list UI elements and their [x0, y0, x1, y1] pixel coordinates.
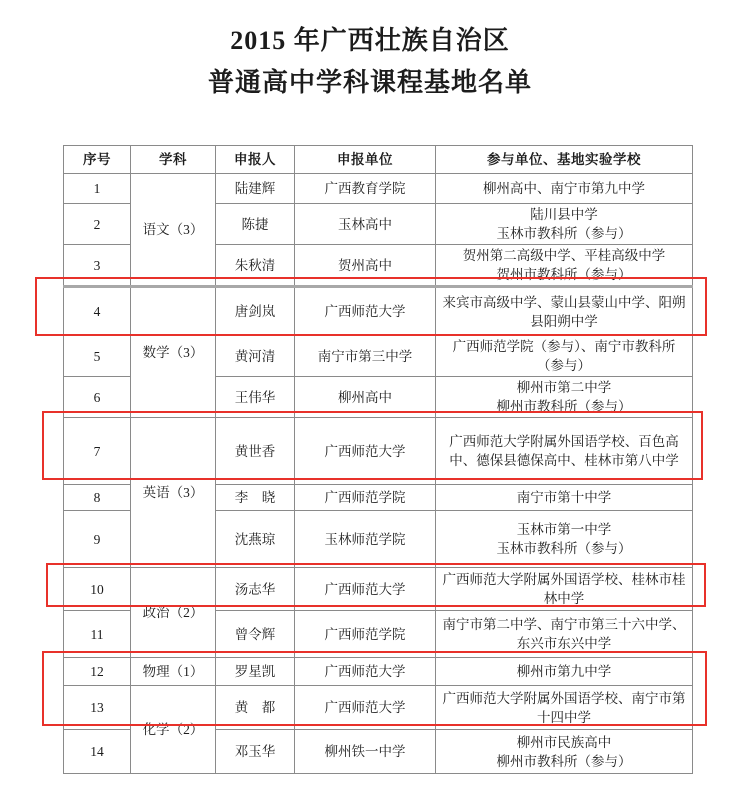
cell-no: 2 [64, 204, 131, 245]
cell-subject: 数学（3） [131, 287, 216, 418]
header-row: 序号 学科 申报人 申报单位 参与单位、基地实验学校 [64, 146, 693, 174]
header-no: 序号 [64, 146, 131, 174]
cell-schools: 广西师范大学附属外国语学校、桂林市桂林中学 [436, 568, 693, 611]
cell-applicant: 罗星凯 [216, 658, 295, 686]
cell-unit: 广西师范大学 [295, 287, 436, 336]
cell-applicant: 陆建辉 [216, 174, 295, 204]
cell-unit: 广西师范学院 [295, 485, 436, 511]
cell-applicant: 朱秋清 [216, 245, 295, 287]
cell-schools: 柳州市第二中学 柳州市教科所（参与） [436, 377, 693, 418]
table-row: 12 物理（1） 罗星凯 广西师范大学 柳州市第九中学 [64, 658, 693, 686]
cell-schools: 南宁市第二中学、南宁市第三十六中学、东兴市东兴中学 [436, 611, 693, 658]
cell-applicant: 邓玉华 [216, 730, 295, 774]
cell-unit: 贺州高中 [295, 245, 436, 287]
table-row: 4 数学（3） 唐剑岚 广西师范大学 来宾市高级中学、蒙山县蒙山中学、阳朔县阳朔… [64, 287, 693, 336]
cell-no: 9 [64, 511, 131, 568]
cell-applicant: 汤志华 [216, 568, 295, 611]
cell-subject: 英语（3） [131, 418, 216, 568]
cell-applicant: 陈捷 [216, 204, 295, 245]
table-row: 7 英语（3） 黄世香 广西师范大学 广西师范大学附属外国语学校、百色高中、德保… [64, 418, 693, 485]
cell-subject: 物理（1） [131, 658, 216, 686]
document-page: 2015 年广西壮族自治区 普通高中学科课程基地名单 序号 学科 申报人 申报单… [0, 0, 740, 790]
document-title: 2015 年广西壮族自治区 普通高中学科课程基地名单 [0, 20, 740, 104]
cell-applicant: 黄 都 [216, 686, 295, 730]
cell-no: 14 [64, 730, 131, 774]
cell-schools: 柳州市第九中学 [436, 658, 693, 686]
cell-schools: 玉林市第一中学 玉林市教科所（参与） [436, 511, 693, 568]
cell-unit: 玉林师范学院 [295, 511, 436, 568]
cell-no: 11 [64, 611, 131, 658]
cell-unit: 广西师范大学 [295, 658, 436, 686]
cell-unit: 玉林高中 [295, 204, 436, 245]
cell-schools: 广西师范学院（参与）、南宁市教科所（参与） [436, 336, 693, 377]
cell-schools: 柳州市民族高中 柳州市教科所（参与） [436, 730, 693, 774]
cell-no: 6 [64, 377, 131, 418]
table-row: 13 化学（2） 黄 都 广西师范大学 广西师范大学附属外国语学校、南宁市第十四… [64, 686, 693, 730]
cell-unit: 广西教育学院 [295, 174, 436, 204]
cell-applicant: 黄世香 [216, 418, 295, 485]
cell-schools: 广西师范大学附属外国语学校、南宁市第十四中学 [436, 686, 693, 730]
header-unit: 申报单位 [295, 146, 436, 174]
cell-no: 10 [64, 568, 131, 611]
base-list-table: 序号 学科 申报人 申报单位 参与单位、基地实验学校 1 语文（3） 陆建辉 广… [63, 145, 693, 774]
cell-schools: 陆川县中学 玉林市教科所（参与） [436, 204, 693, 245]
header-applicant: 申报人 [216, 146, 295, 174]
table-row: 10 政治（2） 汤志华 广西师范大学 广西师范大学附属外国语学校、桂林市桂林中… [64, 568, 693, 611]
title-line-1: 2015 年广西壮族自治区 [0, 20, 740, 62]
cell-no: 12 [64, 658, 131, 686]
cell-applicant: 李 晓 [216, 485, 295, 511]
cell-no: 1 [64, 174, 131, 204]
cell-schools: 南宁市第十中学 [436, 485, 693, 511]
cell-schools: 贺州第二高级中学、平桂高级中学 贺州市教科所（参与） [436, 245, 693, 287]
cell-unit: 柳州高中 [295, 377, 436, 418]
cell-applicant: 王伟华 [216, 377, 295, 418]
cell-unit: 广西师范大学 [295, 686, 436, 730]
cell-no: 5 [64, 336, 131, 377]
header-subject: 学科 [131, 146, 216, 174]
cell-no: 4 [64, 287, 131, 336]
cell-schools: 柳州高中、南宁市第九中学 [436, 174, 693, 204]
cell-unit: 广西师范大学 [295, 568, 436, 611]
cell-no: 3 [64, 245, 131, 287]
table-row: 1 语文（3） 陆建辉 广西教育学院 柳州高中、南宁市第九中学 [64, 174, 693, 204]
header-schools: 参与单位、基地实验学校 [436, 146, 693, 174]
cell-unit: 广西师范大学 [295, 418, 436, 485]
cell-no: 13 [64, 686, 131, 730]
cell-subject: 政治（2） [131, 568, 216, 658]
cell-subject: 化学（2） [131, 686, 216, 774]
cell-applicant: 沈燕琼 [216, 511, 295, 568]
cell-applicant: 黄河清 [216, 336, 295, 377]
cell-unit: 广西师范学院 [295, 611, 436, 658]
cell-no: 7 [64, 418, 131, 485]
cell-no: 8 [64, 485, 131, 511]
cell-schools: 广西师范大学附属外国语学校、百色高中、德保县德保高中、桂林市第八中学 [436, 418, 693, 485]
cell-applicant: 唐剑岚 [216, 287, 295, 336]
cell-unit: 南宁市第三中学 [295, 336, 436, 377]
cell-applicant: 曾令辉 [216, 611, 295, 658]
cell-schools: 来宾市高级中学、蒙山县蒙山中学、阳朔县阳朔中学 [436, 287, 693, 336]
cell-unit: 柳州铁一中学 [295, 730, 436, 774]
cell-subject: 语文（3） [131, 174, 216, 287]
title-line-2: 普通高中学科课程基地名单 [0, 62, 740, 104]
